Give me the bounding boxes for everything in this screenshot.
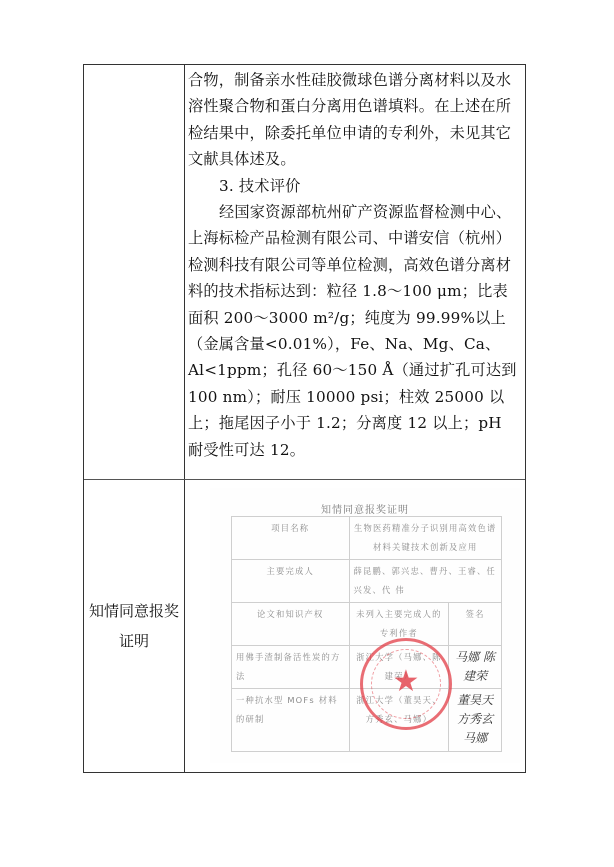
certificate-image: 知情同意报奖证明 项目名称 生物医药精准分子识别用高效色谱材料关键技术创新及应用… xyxy=(210,488,520,763)
row-label: 知情同意报奖证明 xyxy=(89,596,179,656)
project-name-label: 项目名称 xyxy=(232,517,350,560)
row-label-cell: 知情同意报奖证明 xyxy=(84,480,184,772)
certificate-table: 项目名称 生物医药精准分子识别用高效色谱材料关键技术创新及应用 主要完成人 薛昆… xyxy=(231,516,502,752)
signature-header: 签名 xyxy=(449,603,502,646)
certificate-title: 知情同意报奖证明 xyxy=(210,501,520,516)
project-name-value: 生物医药精准分子识别用高效色谱材料关键技术创新及应用 xyxy=(349,517,501,560)
search-result-paragraph: 合物，制备亲水性硅胶微球色谱分离材料以及水溶性聚合物和蛋白分离用色谱填料。在上述… xyxy=(188,67,521,173)
ip-title: 一种抗水型 MOFs 材料的研制 xyxy=(232,689,350,752)
main-contributors-value: 薛昆鹏、郭兴忠、曹丹、王睿、任兴发、代 伟 xyxy=(349,560,501,603)
ip-header: 论文和知识产权 xyxy=(232,603,350,646)
signature: 董昊天 方秀玄 马娜 xyxy=(449,689,502,752)
section-heading: 3. 技术评价 xyxy=(188,173,521,199)
signature: 马娜 陈建荣 xyxy=(449,646,502,689)
ip-authors: 浙江大学（马娜、陈建荣） xyxy=(349,646,449,689)
ip-authors: 浙江大学（董昊天、方秀玄、马娜） xyxy=(349,689,449,752)
column-divider xyxy=(184,65,185,772)
content-cell: 合物，制备亲水性硅胶微球色谱分离材料以及水溶性聚合物和蛋白分离用色谱填料。在上述… xyxy=(188,67,521,463)
authors-header: 未列入主要完成人的专利作者 xyxy=(349,603,449,646)
main-contributors-label: 主要完成人 xyxy=(232,560,350,603)
ip-title: 用佛手渣制备活性炭的方法 xyxy=(232,646,350,689)
technical-evaluation-paragraph: 经国家资源部杭州矿产资源监督检测中心、上海标检产品检测有限公司、中谱安信（杭州）… xyxy=(188,199,521,463)
